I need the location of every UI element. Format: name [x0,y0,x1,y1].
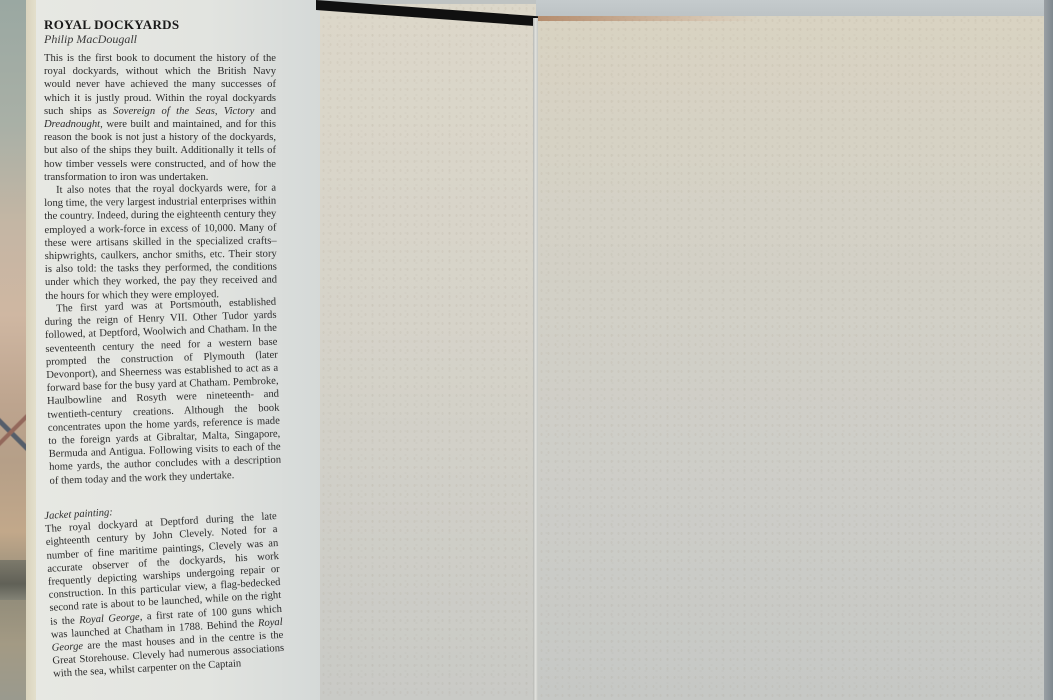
painting-detail [0,400,28,470]
blurb-paragraph-1: This is the first book to document the h… [44,52,276,184]
flap-heading: ROYAL DOCKYARDS Philip MacDougall This i… [44,18,276,184]
ship-name: Royal George [79,611,140,625]
blurb-paragraph-2: It also notes that the royal dockyards w… [44,182,277,303]
book-title: ROYAL DOCKYARDS [44,18,276,32]
pastedown-endpaper [320,4,536,700]
blurb-paragraph-3: The first yard was at Portsmouth, establ… [44,296,282,488]
ship-name: Dreadnought [44,119,100,130]
flap-text: ROYAL DOCKYARDS Philip MacDougall This i… [44,18,276,681]
page-edge [1044,0,1053,700]
caption-text: The royal dockyard at Deptford during th… [45,510,285,681]
blurb-body: It also notes that the royal dockyards w… [44,182,277,303]
blurb-body-2: The first yard was at Portsmouth, establ… [44,296,282,488]
board-edge-shadow [316,0,538,26]
jacket-painting-caption: Jacket painting: The royal dockyard at D… [44,497,285,681]
free-endpaper [538,16,1044,700]
ship-name: Sovereign of the Seas [113,106,215,117]
book-photo: ROYAL DOCKYARDS Philip MacDougall This i… [0,0,1053,700]
ship-name: Victory [224,106,254,117]
book-author: Philip MacDougall [44,32,276,46]
jacket-flap: ROYAL DOCKYARDS Philip MacDougall This i… [36,0,320,700]
